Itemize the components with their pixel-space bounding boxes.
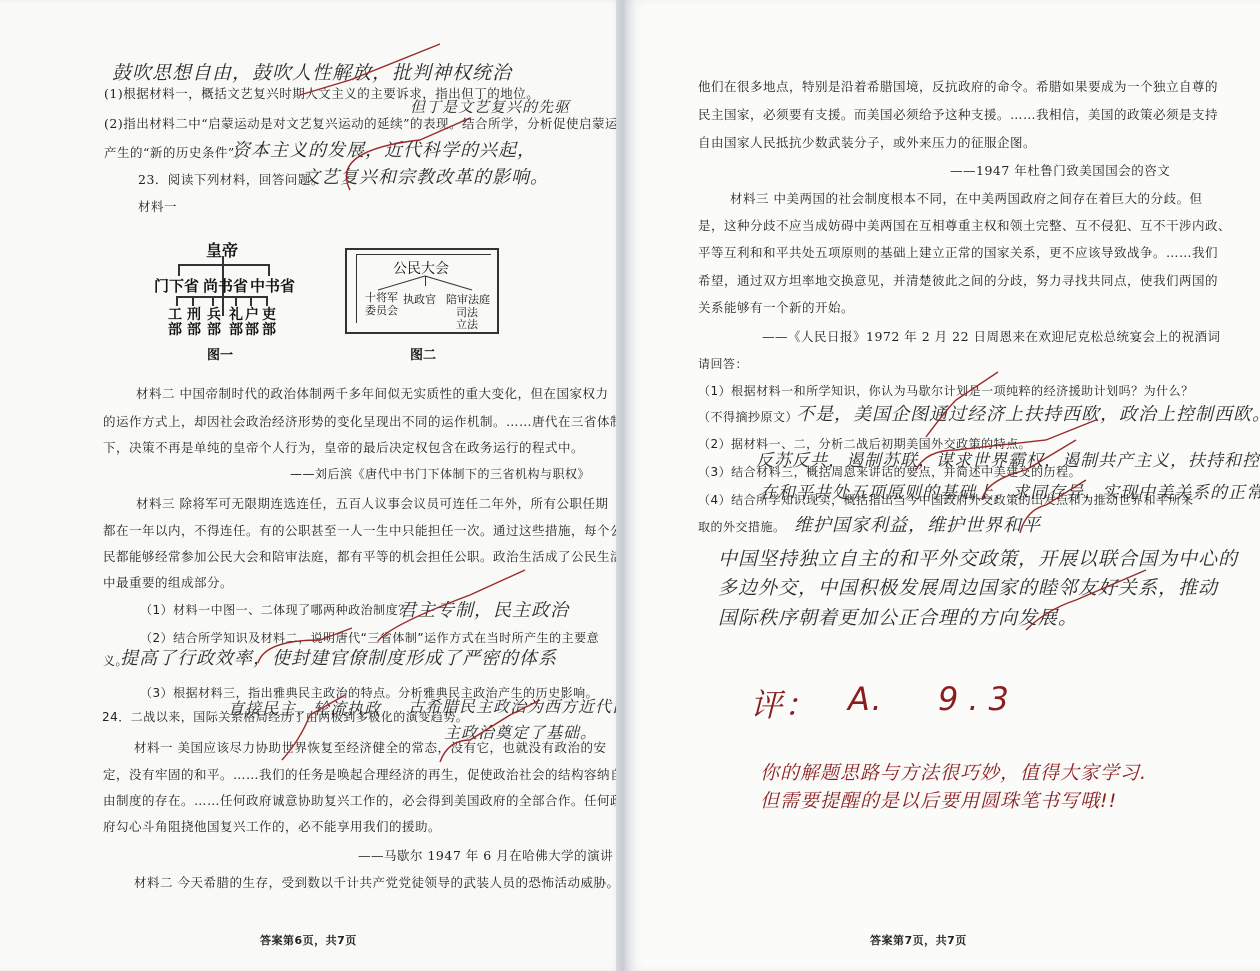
diagram-node: 户部 (245, 308, 261, 338)
material-text: 府勾心斗角阻挠他国复兴工作的，必不能享用我们的援助。 (103, 820, 441, 834)
question-title-23: 23．阅读下列材料，回答问题。 (138, 173, 324, 187)
diagram-node: 工部 (168, 308, 184, 338)
teacher-comment: 但需要提醒的是以后要用圆珠笔书写哦!! (760, 786, 1117, 813)
material-text: 希望，通过双方坦率地交换意见，并清楚彼此之间的分歧，努力寻找共同点，使我们两国的 (698, 274, 1218, 288)
handwritten-answer: 中国坚持独立自主的和平外交政策，开展以联合国为中心的 (718, 544, 1238, 571)
handwritten-answer: 国际秩序朝着更加公正合理的方向发展。 (718, 603, 1078, 630)
diagram-node: 门下省 (154, 275, 199, 296)
material-text: 下，决策不再是单纯的皇帝个人行为，皇帝的最后决定权包含在政务运行的程式中。 (103, 441, 584, 455)
answer-page-6: 鼓吹思想自由，鼓吹人性解放，批判神权统治 (1)根据材料一，概括文艺复兴时期人文… (0, 0, 622, 971)
question-text: （1）材料一中图一、二体现了哪两种政治制度？ (140, 603, 411, 617)
teacher-comment: 你的解题思路与方法很巧妙，值得大家学习. (760, 758, 1147, 785)
question-text: (2)指出材料二中“启蒙运动是对文艺复兴运动的延续”的表现。结合所学，分析促使启… (104, 117, 631, 131)
material-label: 材料一 (138, 200, 177, 214)
diagram-node: 公民大会 (393, 258, 449, 278)
question-text: （4）结合所学知识现实，概括指出当今中国政府外交政策的出发点和为推动世界和平所采 (698, 493, 1194, 507)
answer-page-7: 他们在很多地点，特别是沿着希腊国境，反抗政府的命令。希腊如果要成为一个独立自尊的… (626, 0, 1260, 971)
handwritten-answer: 多边外交，中国积极发展周边国家的睦邻友好关系，推动 (718, 573, 1218, 600)
question-text: 产生的“新的历史条件”。 (104, 146, 248, 160)
material-text: 定，没有牢固的和平。……我们的任务是唤起合理经济的再生，促使政治社会的结构容纳自 (103, 768, 623, 782)
material-text: 是，这种分歧不应当成妨碍中美两国在互相尊重主权和领土完整、互不侵犯、互不干涉内政… (698, 219, 1231, 233)
figure-caption: 图一 (207, 344, 233, 363)
material-source: ——刘后滨《唐代中书门下体制下的三省机构与职权》 (290, 467, 590, 481)
material-text: 都在一年以内，不得连任。有的公职甚至一人一生中只能担任一次。通过这些措施，每个公 (103, 524, 623, 538)
diagram-node: 执政官 (403, 291, 436, 307)
material-text: 材料三 中美两国的社会制度根本不同，在中美两国政府之间存在着巨大的分歧。但 (730, 192, 1202, 206)
handwritten-answer: 君主专制，民主政治 (398, 596, 569, 622)
handwritten-answer-renaissance: 鼓吹思想自由，鼓吹人性解放，批判神权统治 (112, 58, 512, 85)
material-text: 民主国家，必须要有支援。而美国必须给予这种支援。……我相信，美国的政策必须是支持 (698, 108, 1218, 122)
page-footer: 答案第6页，共7页 (260, 934, 357, 948)
material-text: 材料三 除将军可无限期连选连任，五百人议事会议员可连任二年外，所有公职任期 (136, 497, 608, 511)
diagram-node: 刑部 (187, 308, 203, 338)
diagram-node: 兵部 (207, 308, 223, 338)
handwritten-answer: 文艺复兴和宗教改革的影响。 (302, 163, 549, 189)
material-text: 平等互利和和平共处五项原则的基础上建立正常的国家关系，更不应该导致战争。……我们 (698, 246, 1218, 260)
grade-label: 评： (750, 680, 818, 726)
diagram-node: 中书省 (250, 275, 295, 296)
question-text: （2）结合所学知识及材料二，说明唐代“三省体制”运作方式在当时所产生的主要意 (140, 631, 599, 645)
figure-caption: 图二 (410, 344, 436, 363)
handwritten-answer: 资本主义的发展，近代科学的兴起， (232, 136, 536, 162)
question-text: 取的外交措施。 (698, 520, 786, 534)
question-text: （1）根据材料一和所学知识，你认为马歇尔计划是一项纯粹的经济援助计划吗？为什么？ (698, 384, 1194, 398)
handwritten-answer: 但丁是文艺复兴的先驱 (410, 96, 570, 117)
material-source: ——1947 年杜鲁门致美国国会的咨文 (950, 164, 1170, 178)
answer-prompt: 请回答： (698, 357, 748, 371)
material-text: 关系能够有一个新的开始。 (698, 301, 854, 315)
material-text: 材料一 美国应该尽力协助世界恢复至经济健全的常态，没有它，也就没有政治的安 (134, 741, 606, 755)
question-title-24: 24．二战以来，国际关系格局经历了由两极到多极化的演变趋势。 (102, 710, 468, 724)
handwritten-answer: 维护国家利益，维护世界和平 (794, 511, 1041, 537)
material-text: 他们在很多地点，特别是沿着希腊国境，反抗政府的命令。希腊如果要成为一个独立自尊的 (698, 80, 1218, 94)
question-text: （不得摘抄原文） (698, 410, 798, 424)
grade-mark: A. (848, 680, 883, 718)
material-text: 民都能够经常参加公民大会和陪审法庭，都有平等的机会担任公职。政治生活成了公民生活 (103, 550, 623, 564)
question-text: （3）结合材料三，概括周恩来讲话的要点，并简述中美建交的历程。 (698, 465, 1081, 479)
material-text: 中最重要的组成部分。 (103, 576, 233, 590)
material-text: 材料二 今天希腊的生存，受到数以千计共产党党徒领导的武装人员的恐怖活动威胁。 (134, 876, 619, 890)
diagram-node: 十将军委员会 (365, 291, 401, 317)
material-text: 自由国家人民抵抗少数武装分子，或外来压力的征服企图。 (698, 136, 1036, 150)
diagram-node: 尚书省 (203, 275, 248, 296)
material-source: ——《人民日报》1972 年 2 月 22 日周恩来在欢迎尼克松总统宴会上的祝酒… (762, 330, 1221, 344)
grade-score: 9.3 (938, 680, 1019, 718)
diagram-node: 立法 (456, 316, 478, 332)
handwritten-answer: 提高了行政效率，使封建官僚制度形成了严密的体系 (120, 644, 557, 670)
handwritten-answer: 不是，美国企图通过经济上扶持西欧，政治上控制西欧。 (796, 400, 1260, 426)
diagram-node: 礼部 (229, 308, 245, 338)
material-text: 材料二 中国帝制时代的政治体制两千多年间似无实质性的重大变化，但在国家权力 (136, 387, 608, 401)
diagram-node: 吏部 (262, 308, 278, 338)
material-source: ——马歇尔 1947 年 6 月在哈佛大学的演讲 (358, 849, 613, 863)
material-text: 的运作方式上，却因社会政治经济形势的变化呈现出不同的运作机制。……唐代在三省体制 (103, 415, 623, 429)
material-text: 由制度的存在。……任何政府诚意协助复兴工作的，必会得到美国政府的全部合作。任何政 (103, 794, 623, 808)
page-footer: 答案第7页，共7页 (870, 934, 967, 948)
